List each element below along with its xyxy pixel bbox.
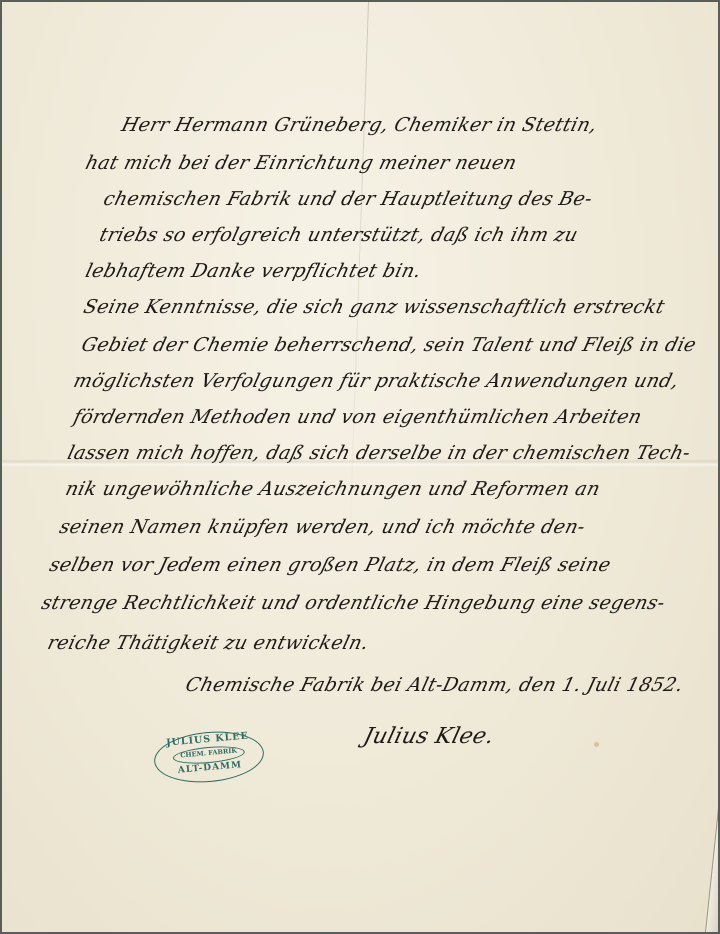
body-line: nik ungewöhnliche Auszeichnungen und Ref…	[63, 478, 602, 500]
body-line: triebs so erfolgreich unterstützt, daß i…	[97, 224, 580, 246]
page-edge-curl	[705, 732, 718, 932]
body-line: selben vor Jedem einen großen Platz, in …	[47, 554, 613, 576]
body-line: hat mich bei der Einrichtung meiner neue…	[83, 152, 519, 174]
company-stamp: JULIUS KLEE CHEM. FABRIK ALT-DAMM	[152, 727, 266, 786]
body-line: chemischen Fabrik und der Hauptleitung d…	[101, 188, 594, 210]
body-line: lassen mich hoffen, daß sich derselbe in…	[65, 442, 692, 464]
body-line: möglichsten Verfolgungen für praktische …	[71, 370, 681, 392]
body-line: strenge Rechtlichkeit und ordentliche Hi…	[39, 592, 667, 614]
body-line: fördernden Methoden und von eigenthümlic…	[71, 406, 644, 428]
body-line: seinen Namen knüpfen werden, und ich möc…	[57, 516, 587, 538]
body-line: Herr Hermann Grüneberg, Chemiker in Stet…	[119, 114, 599, 136]
body-line: Gebiet der Chemie beherrschend, sein Tal…	[79, 334, 698, 356]
letter-sheet: Herr Hermann Grüneberg, Chemiker in Stet…	[2, 2, 718, 932]
body-line: lebhaftem Danke verpflichtet bin.	[83, 260, 423, 282]
ink-stain	[594, 742, 599, 747]
signature: Julius Klee.	[361, 724, 497, 749]
body-line: Seine Kenntnisse, die sich ganz wissensc…	[81, 296, 667, 318]
place-and-date: Chemische Fabrik bei Alt-Damm, den 1. Ju…	[183, 674, 685, 696]
body-line: reiche Thätigkeit zu entwickeln.	[45, 632, 371, 654]
